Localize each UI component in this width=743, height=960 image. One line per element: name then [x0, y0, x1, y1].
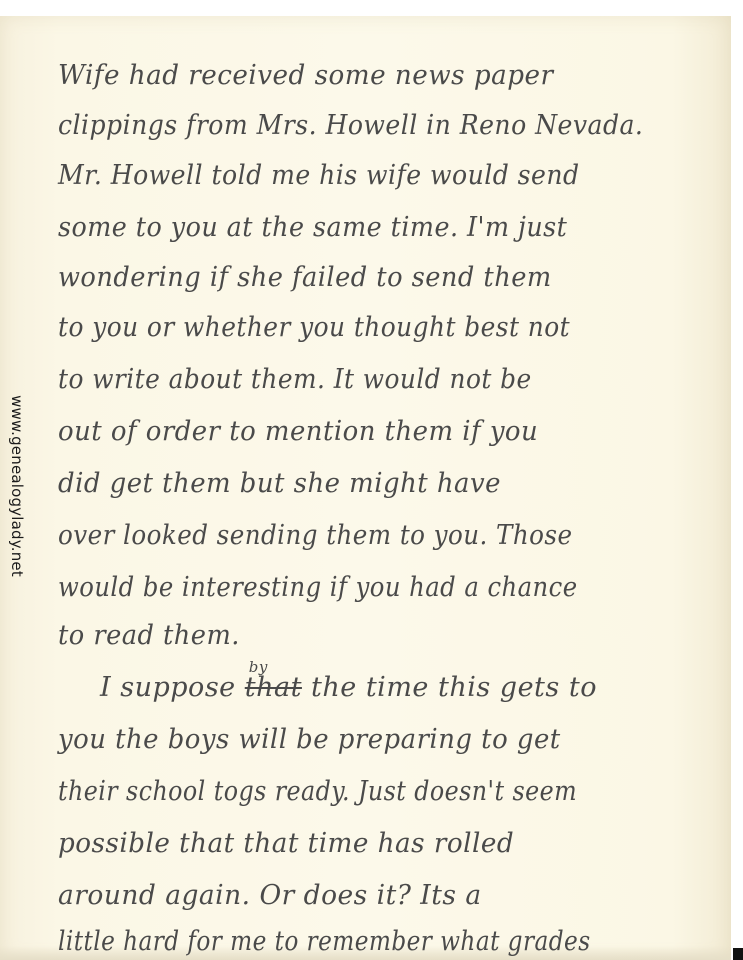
letter-line: clippings from Mrs. Howell in Reno Nevad… [58, 110, 643, 141]
letter-line: to you or whether you thought best not [58, 312, 570, 343]
struck-word: bythat [245, 672, 302, 703]
line-start: I suppose [100, 672, 236, 703]
letter-line: over looked sending them to you. Those [58, 520, 572, 551]
letter-line: their school togs ready. Just doesn't se… [58, 776, 577, 807]
letter-line-with-correction: I suppose bythat the time this gets to [100, 672, 597, 703]
letter-line: Wife had received some news paper [58, 60, 553, 91]
letter-line: to write about them. It would not be [58, 364, 532, 395]
letter-line: around again. Or does it? Its a [58, 880, 482, 911]
watermark: www.genealogylady.net [6, 378, 28, 593]
letter-line: to read them. [58, 620, 240, 651]
letter-line: some to you at the same time. I'm just [58, 212, 567, 243]
letter-line: wondering if she failed to send them [58, 262, 552, 293]
letter-line: you the boys will be preparing to get [58, 724, 561, 755]
watermark-text: www.genealogylady.net [8, 395, 26, 577]
letter-line: out of order to mention them if you [58, 416, 538, 447]
inserted-word: by [249, 658, 268, 676]
letter-line: did get them but she might have [58, 468, 501, 499]
letter-line: possible that that time has rolled [58, 828, 514, 859]
line-end: the time this gets to [311, 672, 597, 703]
letter-line: little hard for me to remember what grad… [58, 926, 591, 957]
letter-line: Mr. Howell told me his wife would send [58, 160, 580, 191]
scan-corner-mark [733, 948, 743, 960]
letter-line: would be interesting if you had a chance [58, 572, 578, 603]
